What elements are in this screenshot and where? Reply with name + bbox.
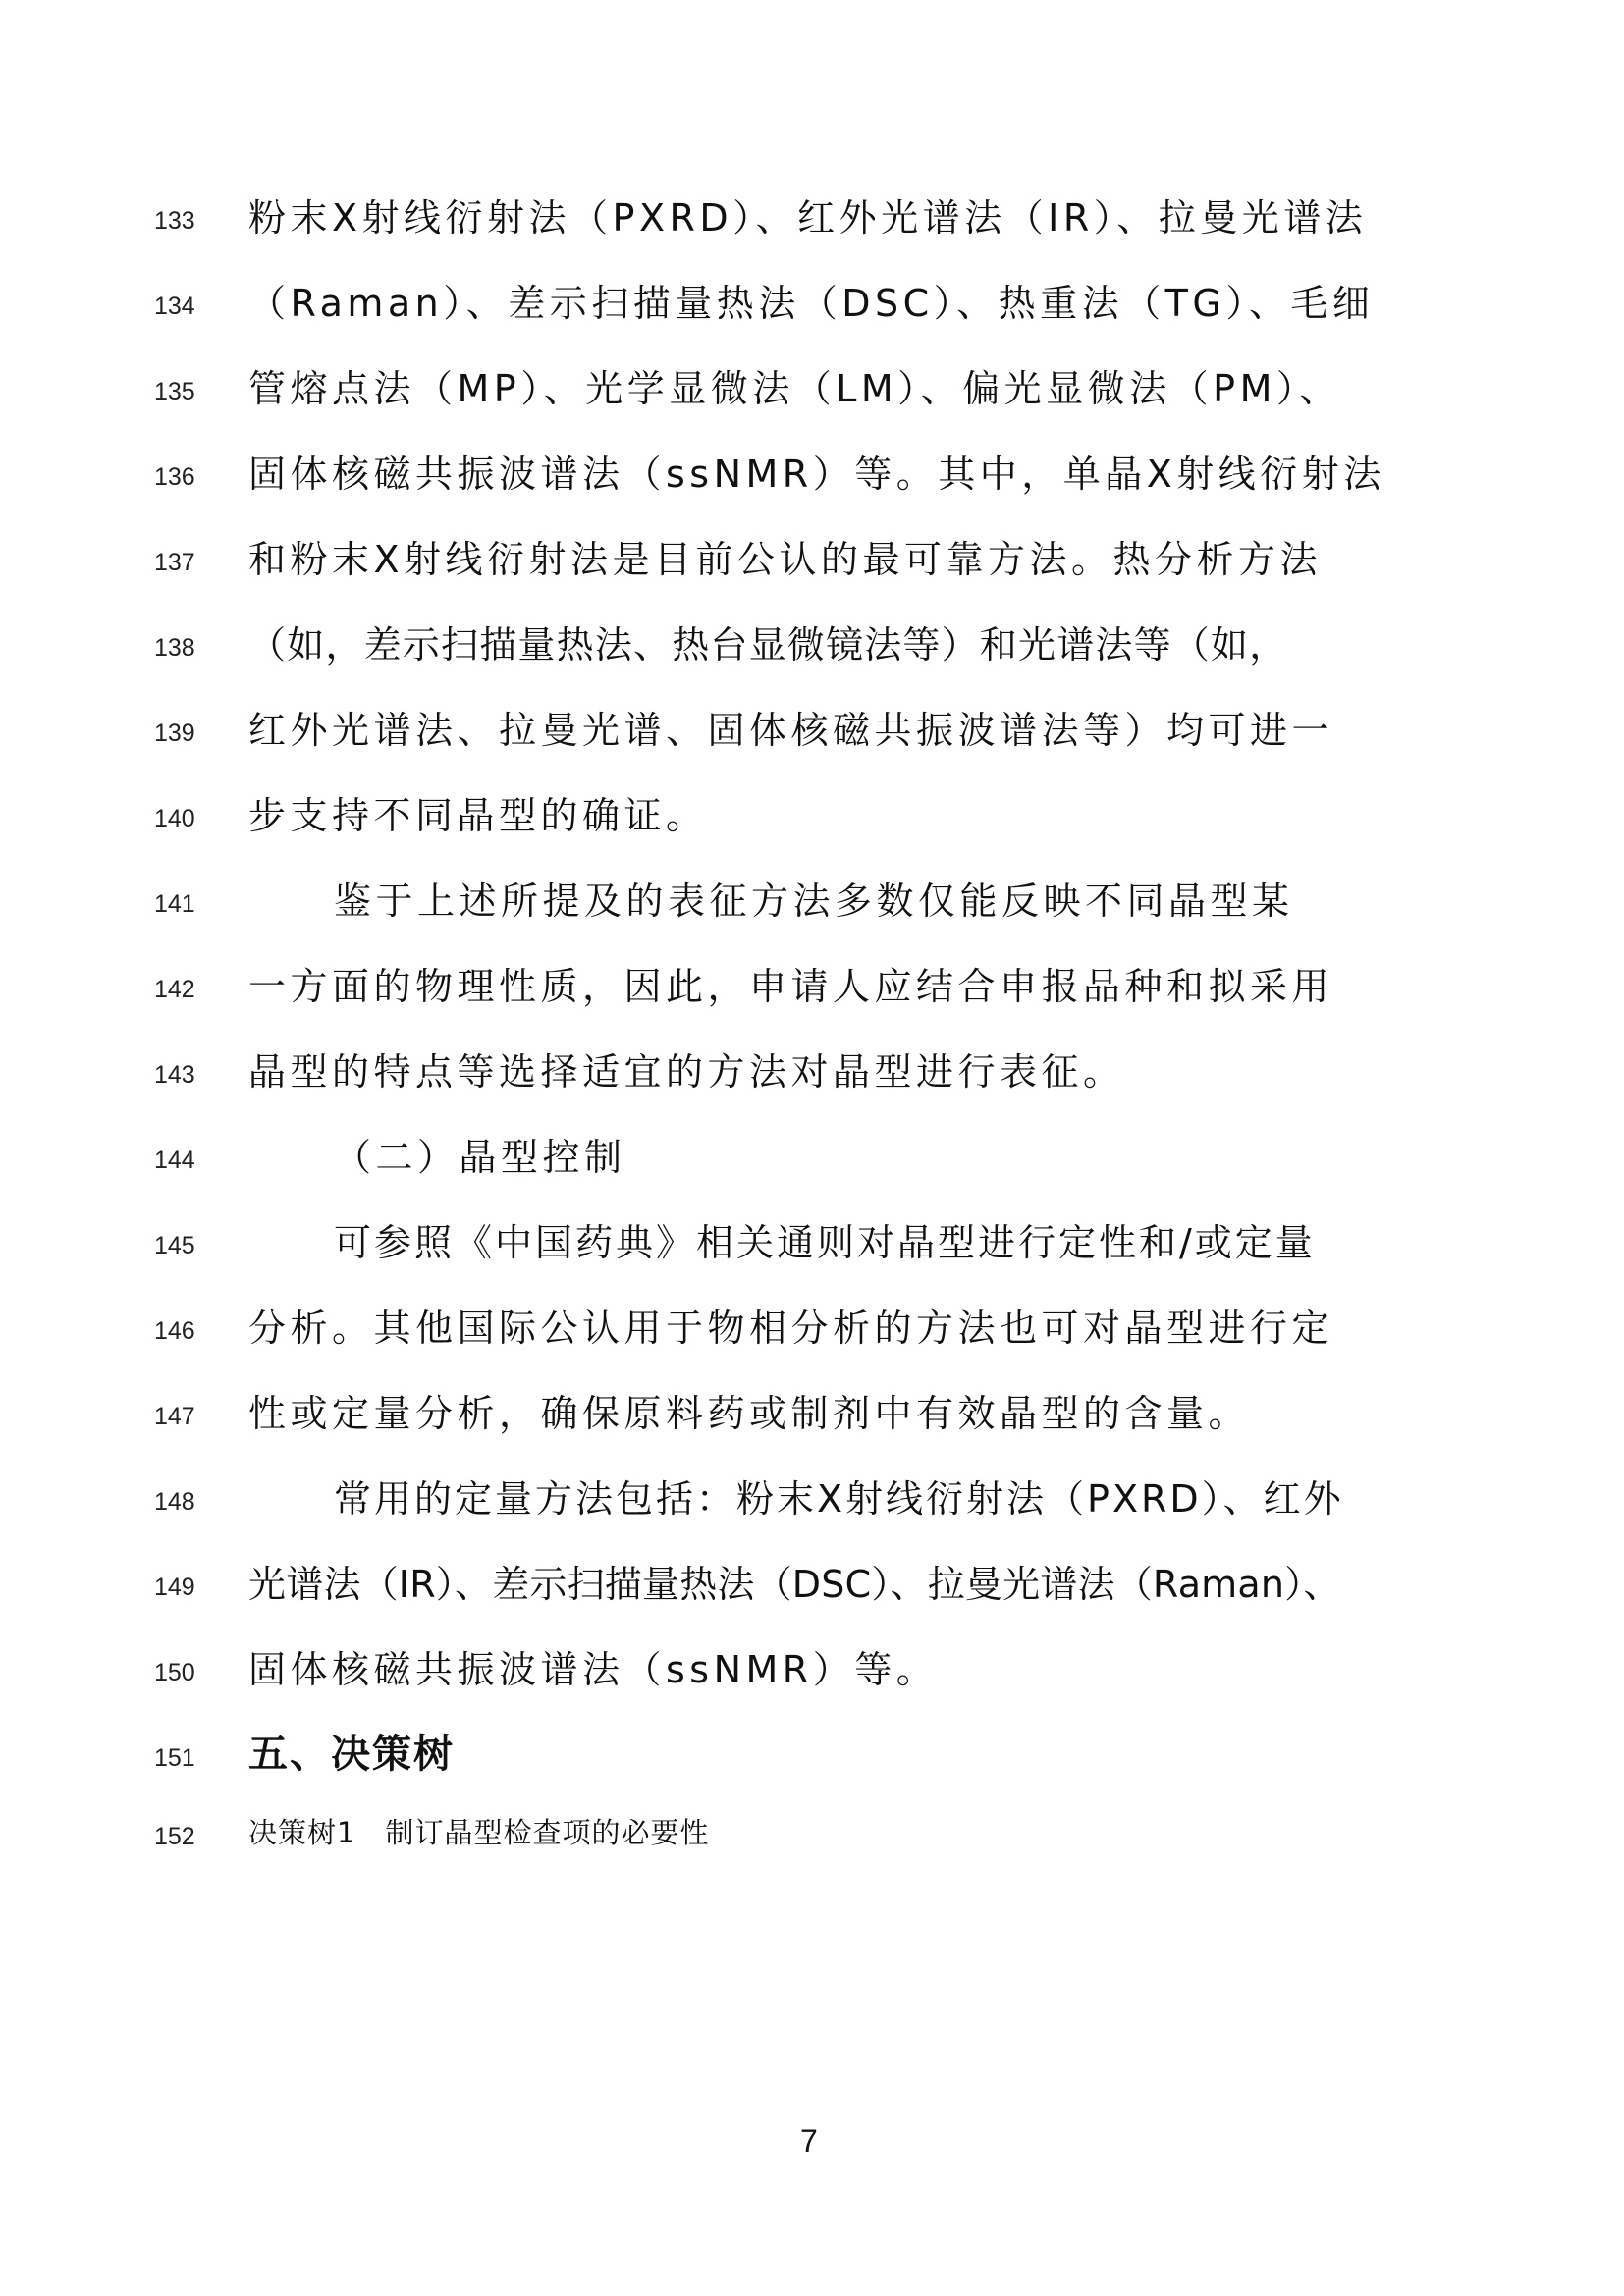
paragraph-text: 鉴于上述所提及的表征方法多数仅能反映不同晶型某 bbox=[334, 871, 1294, 925]
text-line: 141 鉴于上述所提及的表征方法多数仅能反映不同晶型某 bbox=[0, 872, 1624, 931]
caption-text: 决策树1 制订晶型检查项的必要性 bbox=[248, 1811, 709, 1851]
line-number: 138 bbox=[154, 634, 195, 663]
text-line: 143 晶型的特点等选择适宜的方法对晶型进行表征。 bbox=[0, 1042, 1624, 1101]
text-line: 145 可参照《中国药典》相关通则对晶型进行定性和/或定量 bbox=[0, 1213, 1624, 1272]
line-number: 145 bbox=[154, 1232, 195, 1260]
line-number: 150 bbox=[154, 1659, 195, 1687]
text-line: 136 固体核磁共振波谱法（ssNMR）等。其中，单晶X射线衍射法 bbox=[0, 445, 1624, 504]
text-line: 148 常用的定量方法包括：粉末X射线衍射法（PXRD）、红外 bbox=[0, 1469, 1624, 1528]
line-number: 133 bbox=[154, 207, 195, 236]
section-heading: 151 五、决策树 bbox=[0, 1726, 1624, 1785]
line-number: 147 bbox=[154, 1403, 195, 1431]
line-number: 135 bbox=[154, 378, 195, 406]
text-line: 133 粉末X射线衍射法（PXRD）、红外光谱法（IR）、拉曼光谱法 bbox=[0, 188, 1624, 247]
paragraph-text: 光谱法（IR）、差示扫描量热法（DSC）、拉曼光谱法（Raman）、 bbox=[248, 1554, 1341, 1608]
paragraph-text: （如，差示扫描量热法、热台显微镜法等）和光谱法等（如， bbox=[248, 614, 1287, 668]
line-number: 152 bbox=[154, 1823, 195, 1851]
line-number: 151 bbox=[154, 1744, 195, 1773]
line-number: 149 bbox=[154, 1574, 195, 1602]
line-number: 139 bbox=[154, 720, 195, 748]
line-number: 144 bbox=[154, 1147, 195, 1175]
subheading-text: （二）晶型控制 bbox=[334, 1127, 626, 1181]
line-number: 146 bbox=[154, 1317, 195, 1346]
paragraph-text: 可参照《中国药典》相关通则对晶型进行定性和/或定量 bbox=[334, 1212, 1316, 1266]
line-number: 148 bbox=[154, 1488, 195, 1517]
paragraph-text: 粉末X射线衍射法（PXRD）、红外光谱法（IR）、拉曼光谱法 bbox=[248, 187, 1367, 241]
text-line: 138 （如，差示扫描量热法、热台显微镜法等）和光谱法等（如， bbox=[0, 615, 1624, 674]
text-line: 137 和粉末X射线衍射法是目前公认的最可靠方法。热分析方法 bbox=[0, 530, 1624, 589]
paragraph-text: 管熔点法（MP）、光学显微法（LM）、偏光显微法（PM）、 bbox=[248, 358, 1341, 412]
line-number: 141 bbox=[154, 890, 195, 919]
paragraph-text: 性或定量分析，确保原料药或制剂中有效晶型的含量。 bbox=[248, 1383, 1250, 1437]
paragraph-text: 和粉末X射线衍射法是目前公认的最可靠方法。热分析方法 bbox=[248, 529, 1322, 583]
paragraph-text: 固体核磁共振波谱法（ssNMR）等。其中，单晶X射线衍射法 bbox=[248, 444, 1385, 498]
text-line: 134 （Raman）、差示扫描量热法（DSC）、热重法（TG）、毛细 bbox=[0, 274, 1624, 333]
paragraph-text: 步支持不同晶型的确证。 bbox=[248, 785, 708, 839]
paragraph-text: 固体核磁共振波谱法（ssNMR）等。 bbox=[248, 1639, 938, 1693]
text-line: 140 步支持不同晶型的确证。 bbox=[0, 786, 1624, 845]
line-number: 142 bbox=[154, 976, 195, 1004]
paragraph-text: 常用的定量方法包括：粉末X射线衍射法（PXRD）、红外 bbox=[334, 1468, 1344, 1522]
text-line: 139 红外光谱法、拉曼光谱、固体核磁共振波谱法等）均可进一 bbox=[0, 701, 1624, 760]
line-number: 137 bbox=[154, 549, 195, 577]
paragraph-text: 一方面的物理性质，因此，申请人应结合申报品种和拟采用 bbox=[248, 956, 1333, 1010]
text-line: 135 管熔点法（MP）、光学显微法（LM）、偏光显微法（PM）、 bbox=[0, 359, 1624, 418]
line-number: 140 bbox=[154, 805, 195, 833]
line-number: 134 bbox=[154, 293, 195, 321]
paragraph-text: （Raman）、差示扫描量热法（DSC）、热重法（TG）、毛细 bbox=[248, 273, 1374, 327]
paragraph-text: 晶型的特点等选择适宜的方法对晶型进行表征。 bbox=[248, 1041, 1125, 1095]
text-line: 149 光谱法（IR）、差示扫描量热法（DSC）、拉曼光谱法（Raman）、 bbox=[0, 1555, 1624, 1614]
text-line: 147 性或定量分析，确保原料药或制剂中有效晶型的含量。 bbox=[0, 1384, 1624, 1443]
text-line: 150 固体核磁共振波谱法（ssNMR）等。 bbox=[0, 1640, 1624, 1699]
text-line: 146 分析。其他国际公认用于物相分析的方法也可对晶型进行定 bbox=[0, 1299, 1624, 1358]
figure-caption-line: 152 决策树1 制订晶型检查项的必要性 bbox=[0, 1804, 1624, 1863]
line-number: 136 bbox=[154, 463, 195, 492]
section-subheading: 144 （二）晶型控制 bbox=[0, 1128, 1624, 1187]
line-number: 143 bbox=[154, 1061, 195, 1090]
text-line: 142 一方面的物理性质，因此，申请人应结合申报品种和拟采用 bbox=[0, 957, 1624, 1016]
heading-text: 五、决策树 bbox=[248, 1723, 455, 1779]
paragraph-text: 分析。其他国际公认用于物相分析的方法也可对晶型进行定 bbox=[248, 1298, 1333, 1352]
paragraph-text: 红外光谱法、拉曼光谱、固体核磁共振波谱法等）均可进一 bbox=[248, 700, 1333, 754]
page-number: 7 bbox=[800, 2123, 818, 2160]
document-page: 133 粉末X射线衍射法（PXRD）、红外光谱法（IR）、拉曼光谱法 134 （… bbox=[0, 0, 1624, 2296]
